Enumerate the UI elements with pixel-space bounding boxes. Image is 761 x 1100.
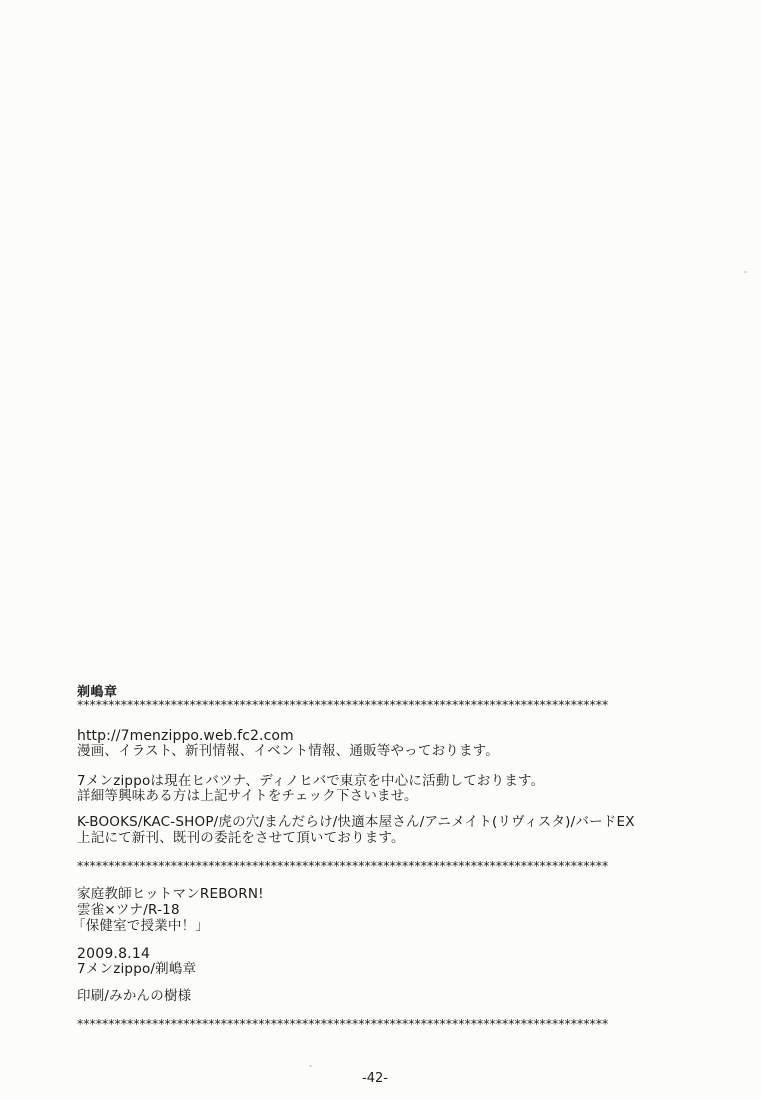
release-date: 2009.8.14 — [77, 947, 150, 962]
scanned-colophon-page: 剃嶋章 ************************************… — [0, 0, 761, 1100]
page-number: -42- — [0, 1071, 750, 1086]
book-title: 「保健室で授業中！」 — [72, 919, 209, 934]
printer-credit: 印刷/みかんの樹様 — [77, 989, 191, 1004]
circle-and-author: 7メンzippo/剃嶋章 — [77, 962, 196, 977]
scan-speck — [744, 271, 747, 273]
asterisk-divider-top: ****************************************… — [77, 699, 608, 711]
circle-activity-line-2: 詳細等興味ある方は上記サイトをチェック下さいませ。 — [77, 789, 418, 804]
website-description: 漫画、イラスト、新刊情報、イベント情報、通販等やっております。 — [77, 744, 499, 759]
asterisk-divider-bottom: ****************************************… — [77, 1018, 608, 1030]
website-url: http://7menzippo.web.fc2.com — [77, 729, 294, 744]
scan-speck — [309, 1065, 312, 1067]
pairing-rating: 雲雀×ツナ/R-18 — [77, 903, 180, 918]
series-title: 家庭教師ヒットマンREBORN! — [77, 887, 264, 902]
consignment-shops: K-BOOKS/KAC-SHOP/虎の穴/まんだらけ/快適本屋さん/アニメイト(… — [77, 815, 635, 830]
author-name: 剃嶋章 — [77, 685, 118, 700]
circle-activity-line-1: 7メンzippoは現在ヒバツナ、ディノヒバで東京を中心に活動しております。 — [77, 774, 544, 789]
asterisk-divider-middle: ****************************************… — [77, 860, 608, 872]
consignment-note: 上記にて新刊、既刊の委託をさせて頂いております。 — [77, 831, 405, 846]
